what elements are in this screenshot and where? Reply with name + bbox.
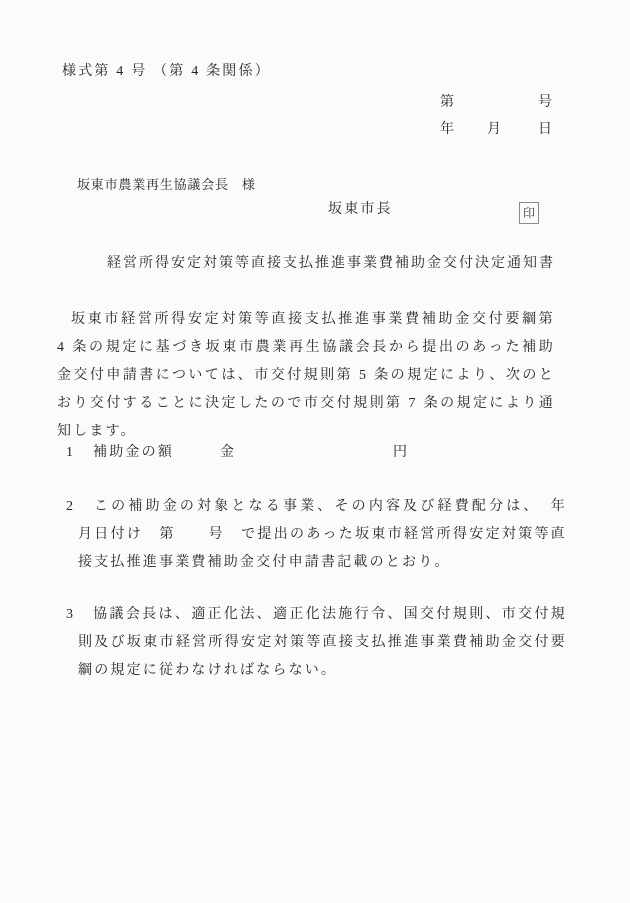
recipient-honorific: 様 xyxy=(242,177,256,192)
stamp-label: 印 xyxy=(523,207,535,219)
body-paragraph: 坂東市経営所得安定対策等直接支払推進事業費補助金交付要綱第 4 条の規定に基づき… xyxy=(57,306,555,446)
item-1-number: 1 xyxy=(66,439,73,467)
issuer-name: 坂東市長 xyxy=(328,196,393,224)
item-3-compliance: 3協議会長は、適正化法、適正化法施行令、国交付規則、市交付規則及び坂東市経営所得… xyxy=(66,601,567,685)
date-year-label: 年 xyxy=(440,116,454,144)
date-line: 年 月 日 xyxy=(440,116,552,144)
recipient-line: 坂東市農業再生協議会長様 xyxy=(77,171,256,199)
doc-number-line: 第 号 xyxy=(440,89,552,117)
document-page: 様式第 4 号 （第 4 条関係） 第 号 年 月 日 坂東市農業再生協議会長様… xyxy=(0,0,630,903)
date-month-label: 月 xyxy=(487,116,501,144)
recipient-name: 坂東市農業再生協議会長 xyxy=(77,177,229,192)
item-2-text: この補助金の対象となる事業、その内容及び経費配分は、 年 月日付け 第 号 で提… xyxy=(78,499,599,570)
doc-number-suffix: 号 xyxy=(538,89,552,117)
item-1-amount-unit: 円 xyxy=(393,439,407,467)
document-title: 経営所得安定対策等直接支払推進事業費補助金交付決定通知書 xyxy=(107,250,555,278)
item-1-label: 補助金の額 xyxy=(93,439,174,467)
item-3-number: 3 xyxy=(66,601,93,629)
item-1-subsidy-amount: 1 補助金の額 金 円 xyxy=(0,439,630,467)
doc-number-prefix: 第 xyxy=(440,89,454,117)
date-day-label: 日 xyxy=(538,116,552,144)
stamp-placeholder-box: 印 xyxy=(519,202,539,224)
item-3-text: 協議会長は、適正化法、適正化法施行令、国交付規則、市交付規則及び坂東市経営所得安… xyxy=(78,607,567,678)
item-2-target-business: 2この補助金の対象となる事業、その内容及び経費配分は、 年 月日付け 第 号 で… xyxy=(66,493,567,577)
form-number: 様式第 4 号 （第 4 条関係） xyxy=(62,58,271,86)
item-1-amount-prefix: 金 xyxy=(220,439,234,467)
item-2-number: 2 xyxy=(66,493,93,521)
